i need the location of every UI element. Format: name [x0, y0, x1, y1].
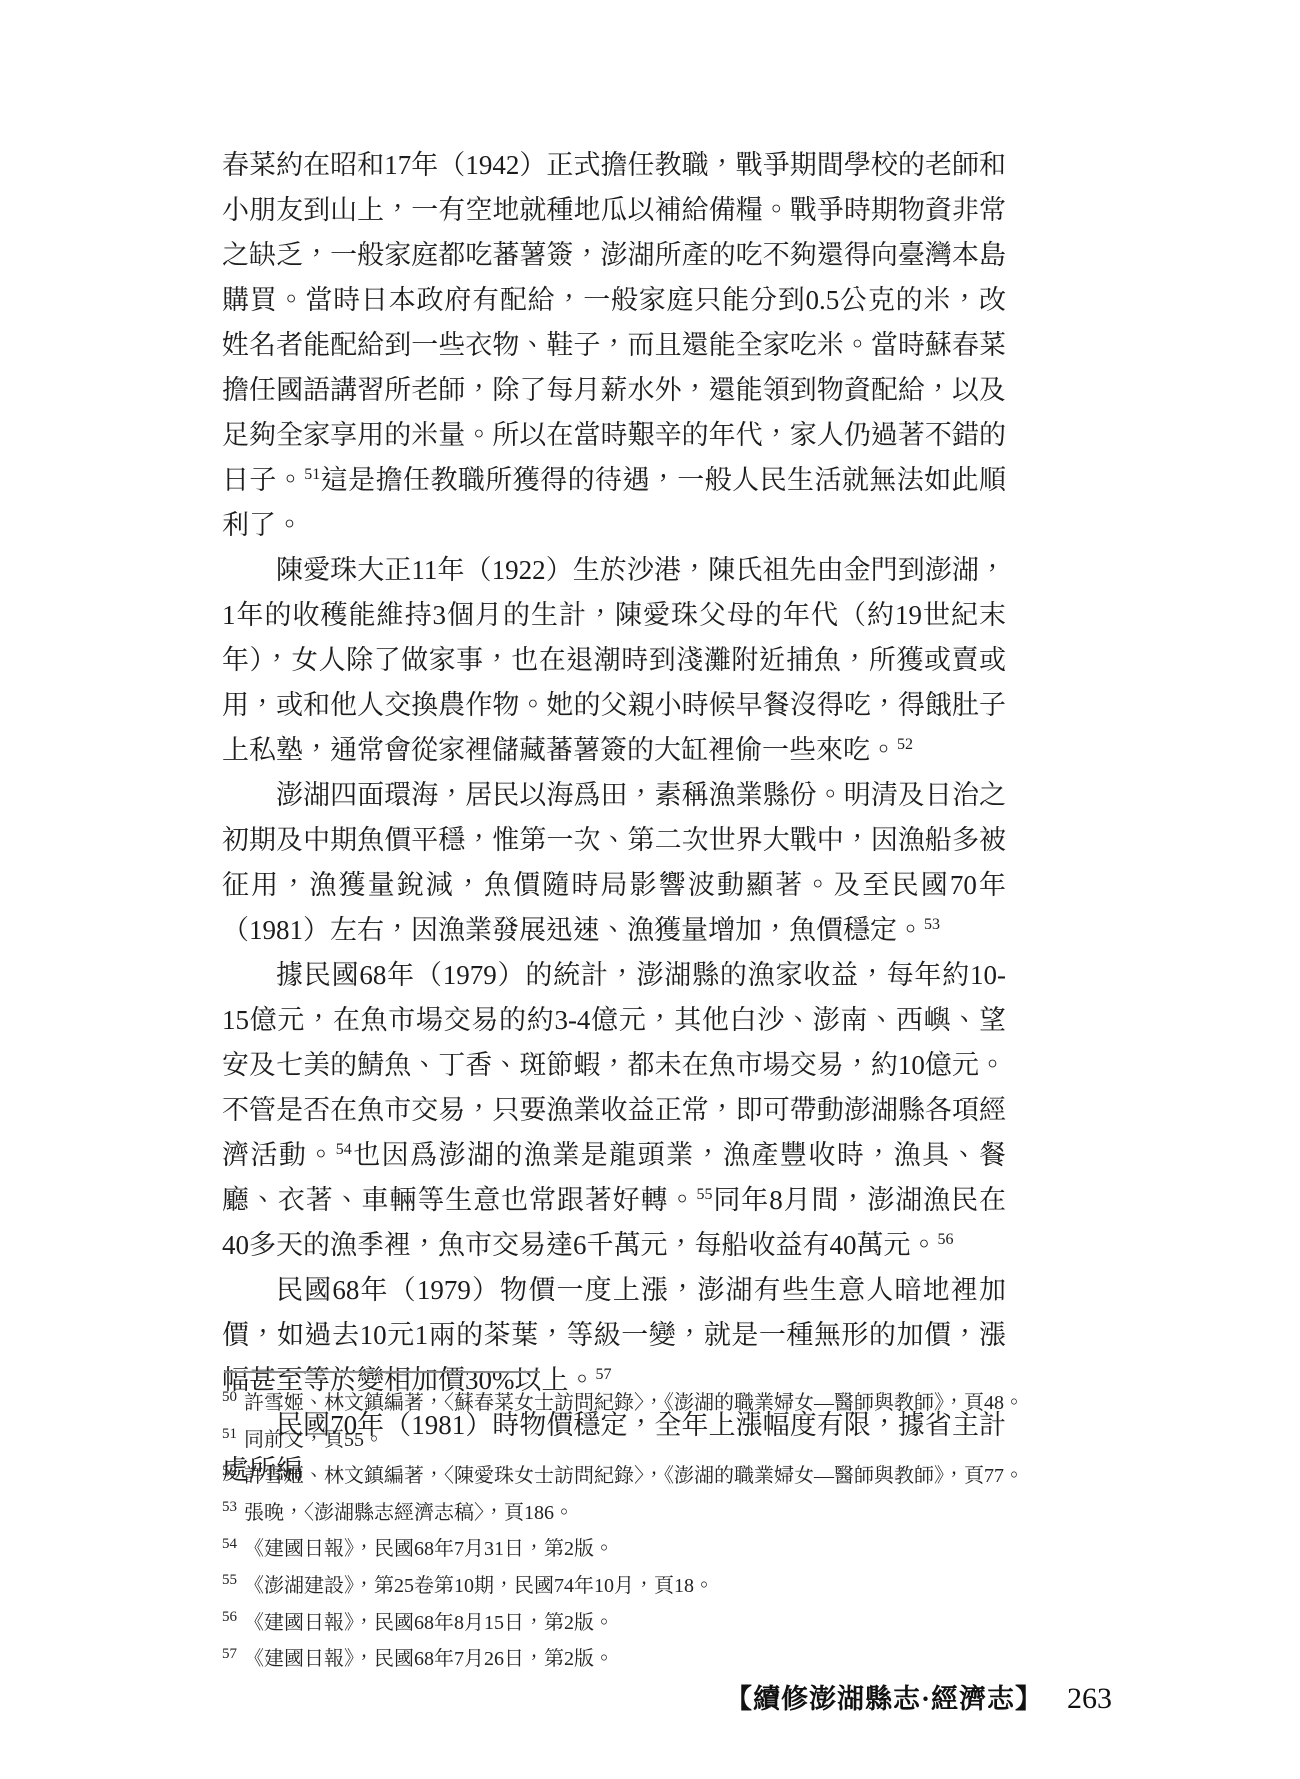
footnote-ref-55: 55: [696, 1186, 712, 1203]
footnote: 52許雪姬、林文鎮編著，〈陳愛珠女士訪問紀錄〉，《澎湖的職業婦女—醫師與教師》，…: [222, 1458, 1028, 1495]
paragraph-text: 春菜約在昭和17年（1942）正式擔任教職，戰爭期間學校的老師和小朋友到山上，一…: [222, 150, 1006, 495]
paragraph: 陳愛珠大正11年（1922）生於沙港，陳氏祖先由金門到澎湖，1年的收穫能維持3個…: [222, 548, 1006, 773]
footnote-text: 《建國日報》，民國68年7月26日，第2版。: [244, 1648, 614, 1670]
footnote-number: 57: [222, 1646, 237, 1662]
footnote: 55《澎湖建設》，第25卷第10期，民國74年10月，頁18。: [222, 1568, 1028, 1605]
footnote-divider: [224, 1371, 540, 1373]
footnote: 50許雪姬、林文鎮編著，〈蘇春菜女士訪問紀錄〉，《澎湖的職業婦女—醫師與教師》，…: [222, 1385, 1028, 1422]
footnote-ref-54: 54: [336, 1141, 352, 1158]
footnote-text: 張晚，〈澎湖縣志經濟志稿〉，頁186。: [244, 1502, 574, 1524]
footnote-number: 55: [222, 1572, 237, 1588]
footnote-ref-53: 53: [924, 916, 940, 933]
paragraph: 澎湖四面環海，居民以海爲田，素稱漁業縣份。明清及日治之初期及中期魚價平穩，惟第一…: [222, 773, 1006, 953]
footnote: 54《建國日報》，民國68年7月31日，第2版。: [222, 1531, 1028, 1568]
footnote-number: 53: [222, 1499, 237, 1515]
footnote: 56《建國日報》，民國68年8月15日，第2版。: [222, 1605, 1028, 1642]
paragraph-text: 陳愛珠大正11年（1922）生於沙港，陳氏祖先由金門到澎湖，1年的收穫能維持3個…: [222, 555, 1006, 765]
footnote-text: 《澎湖建設》，第25卷第10期，民國74年10月，頁18。: [244, 1575, 714, 1597]
paragraph-text: 這是擔任教職所獲得的待遇，一般人民生活就無法如此順利了。: [222, 465, 1006, 540]
paragraph-text: 民國68年（1979）物價一度上漲，澎湖有些生意人暗地裡加價，如過去10元1兩的…: [222, 1275, 1006, 1395]
footnote-number: 54: [222, 1536, 237, 1552]
paragraph-text: 澎湖四面環海，居民以海爲田，素稱漁業縣份。明清及日治之初期及中期魚價平穩，惟第一…: [222, 780, 1006, 945]
footnote-number: 51: [222, 1426, 237, 1442]
footnote-text: 《建國日報》，民國68年8月15日，第2版。: [244, 1612, 614, 1634]
paragraph-text: 據民國68年（1979）的統計，澎湖縣的漁家收益，每年約10-15億元，在魚市場…: [222, 960, 1006, 1170]
page-number: 263: [1067, 1682, 1112, 1716]
paragraph: 民國68年（1979）物價一度上漲，澎湖有些生意人暗地裡加價，如過去10元1兩的…: [222, 1268, 1006, 1403]
footnote-ref-51: 51: [304, 466, 320, 483]
footnote: 57《建國日報》，民國68年7月26日，第2版。: [222, 1641, 1028, 1678]
footnote-number: 52: [222, 1463, 237, 1479]
document-page: 春菜約在昭和17年（1942）正式擔任教職，戰爭期間學校的老師和小朋友到山上，一…: [0, 0, 1300, 1779]
footnote-text: 許雪姬、林文鎮編著，〈陳愛珠女士訪問紀錄〉，《澎湖的職業婦女—醫師與教師》，頁7…: [244, 1465, 1024, 1487]
body-text: 春菜約在昭和17年（1942）正式擔任教職，戰爭期間學校的老師和小朋友到山上，一…: [222, 143, 1006, 1493]
paragraph: 據民國68年（1979）的統計，澎湖縣的漁家收益，每年約10-15億元，在魚市場…: [222, 953, 1006, 1268]
footnote-number: 50: [222, 1389, 237, 1405]
footnote: 51同前文，頁55。: [222, 1422, 1028, 1459]
footnote-text: 許雪姬、林文鎮編著，〈蘇春菜女士訪問紀錄〉，《澎湖的職業婦女—醫師與教師》，頁4…: [244, 1392, 1024, 1414]
footnote-number: 56: [222, 1609, 237, 1625]
footnote-text: 《建國日報》，民國68年7月31日，第2版。: [244, 1538, 614, 1560]
footnote: 53張晚，〈澎湖縣志經濟志稿〉，頁186。: [222, 1495, 1028, 1532]
page-footer: 【續修澎湖縣志·經濟志】 263: [725, 1677, 1112, 1716]
paragraph: 春菜約在昭和17年（1942）正式擔任教職，戰爭期間學校的老師和小朋友到山上，一…: [222, 143, 1006, 548]
footnotes: 50許雪姬、林文鎮編著，〈蘇春菜女士訪問紀錄〉，《澎湖的職業婦女—醫師與教師》，…: [222, 1385, 1028, 1678]
footnote-ref-56: 56: [938, 1231, 954, 1248]
footnote-ref-52: 52: [897, 736, 913, 753]
footnote-ref-57: 57: [596, 1366, 612, 1383]
footnote-text: 同前文，頁55。: [244, 1429, 384, 1451]
book-title: 【續修澎湖縣志·經濟志】: [725, 1677, 1043, 1716]
